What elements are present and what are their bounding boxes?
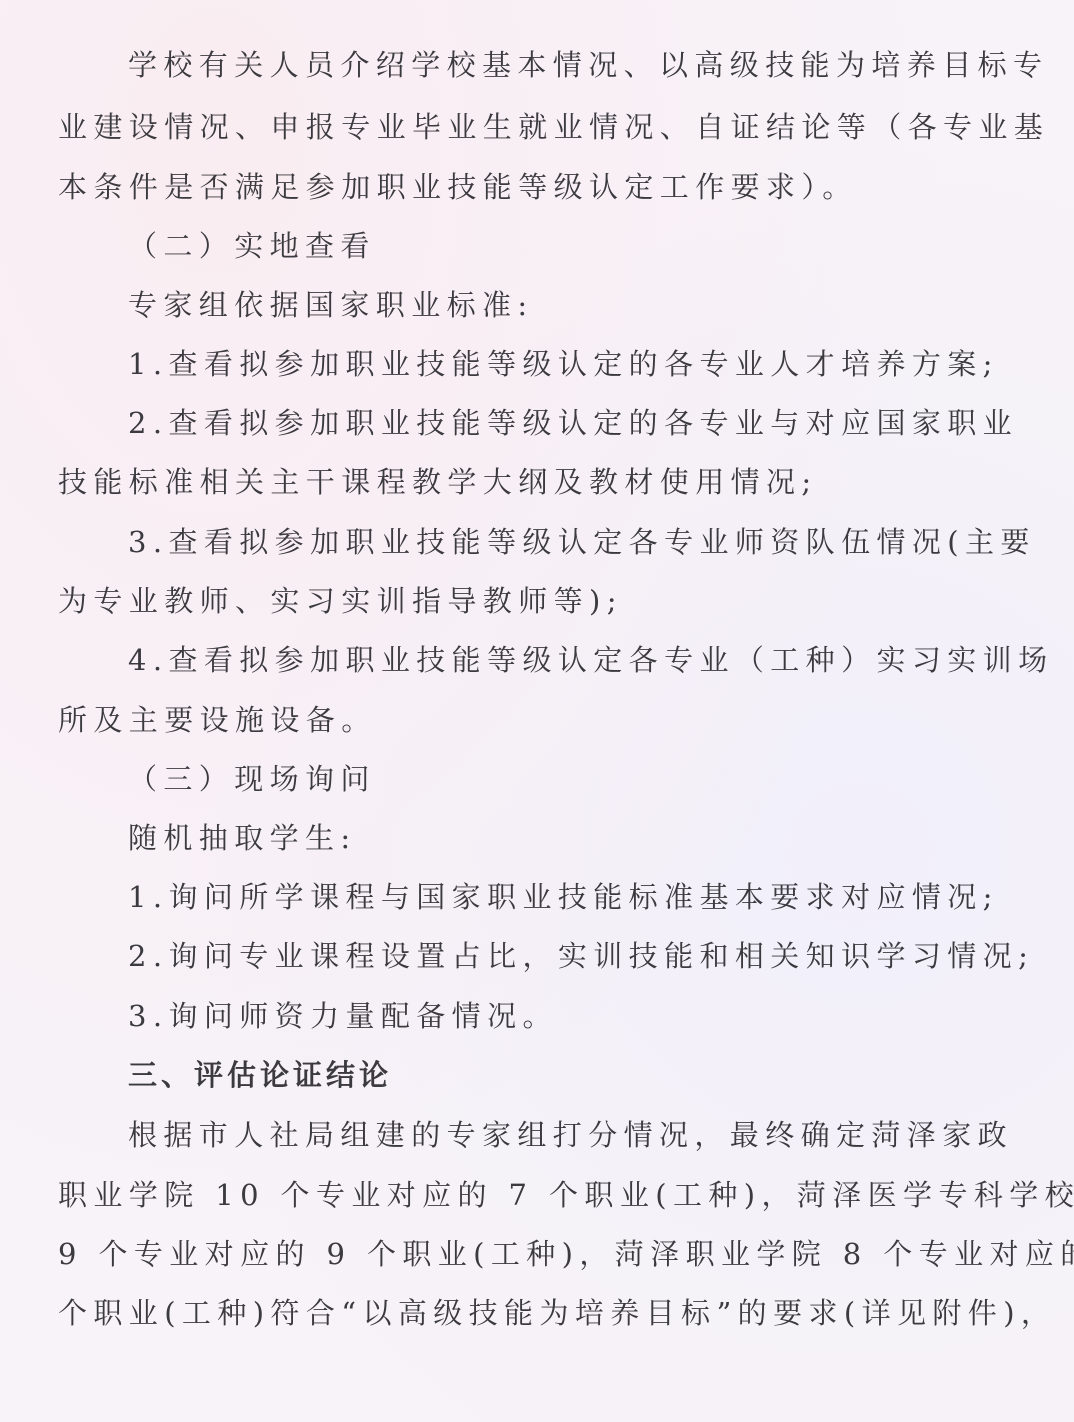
- inquiry-item-3: 3.询问师资力量配备情况。: [128, 996, 558, 1036]
- inspection-item-3-line-2: 为专业教师、实习实训指导教师等);: [58, 581, 623, 621]
- conclusion-line-1: 根据市人社局组建的专家组打分情况，最终确定菏泽家政: [128, 1115, 1013, 1155]
- document-page: 学校有关人员介绍学校基本情况、以高级技能为培养目标专 业建设情况、申报专业毕业生…: [0, 0, 1074, 1422]
- inspection-item-2-line-1: 2.查看拟参加职业技能等级认定的各专业与对应国家职业: [128, 403, 1018, 443]
- section-heading-onsite-inspection: （二）实地查看: [128, 226, 376, 266]
- conclusion-line-2: 职业学院 10 个专业对应的 7 个职业(工种)，菏泽医学专科学校: [58, 1175, 1074, 1215]
- conclusion-line-4: 个职业(工种)符合“以高级技能为培养目标”的要求(详见附件)，: [58, 1293, 1056, 1333]
- inquiry-item-2: 2.询问专业课程设置占比，实训技能和相关知识学习情况;: [128, 936, 1034, 976]
- paragraph-intro-line-3: 本条件是否满足参加职业技能等级认定工作要求）。: [58, 167, 858, 207]
- inquiry-lead: 随机抽取学生:: [128, 818, 357, 858]
- paragraph-intro-line-1: 学校有关人员介绍学校基本情况、以高级技能为培养目标专: [128, 45, 1048, 85]
- inspection-item-3-line-1: 3.查看拟参加职业技能等级认定各专业师资队伍情况(主要: [128, 522, 1036, 562]
- inspection-item-4-line-1: 4.查看拟参加职业技能等级认定各专业（工种）实习实训场: [128, 640, 1053, 680]
- inspection-lead: 专家组依据国家职业标准:: [128, 285, 534, 325]
- conclusion-line-3: 9 个专业对应的 9 个职业(工种)，菏泽职业学院 8 个专业对应的 8: [58, 1234, 1074, 1274]
- section-heading-onsite-inquiry: （三）现场询问: [128, 759, 376, 799]
- inspection-item-1: 1.查看拟参加职业技能等级认定的各专业人才培养方案;: [128, 344, 999, 384]
- inspection-item-2-line-2: 技能标准相关主干课程教学大纲及教材使用情况;: [58, 462, 818, 502]
- section-heading-conclusion: 三、评估论证结论: [128, 1055, 392, 1095]
- inquiry-item-1: 1.询问所学课程与国家职业技能标准基本要求对应情况;: [128, 877, 999, 917]
- paragraph-intro-line-2: 业建设情况、申报专业毕业生就业情况、自证结论等（各专业基: [58, 107, 1049, 147]
- inspection-item-4-line-2: 所及主要设施设备。: [58, 700, 377, 740]
